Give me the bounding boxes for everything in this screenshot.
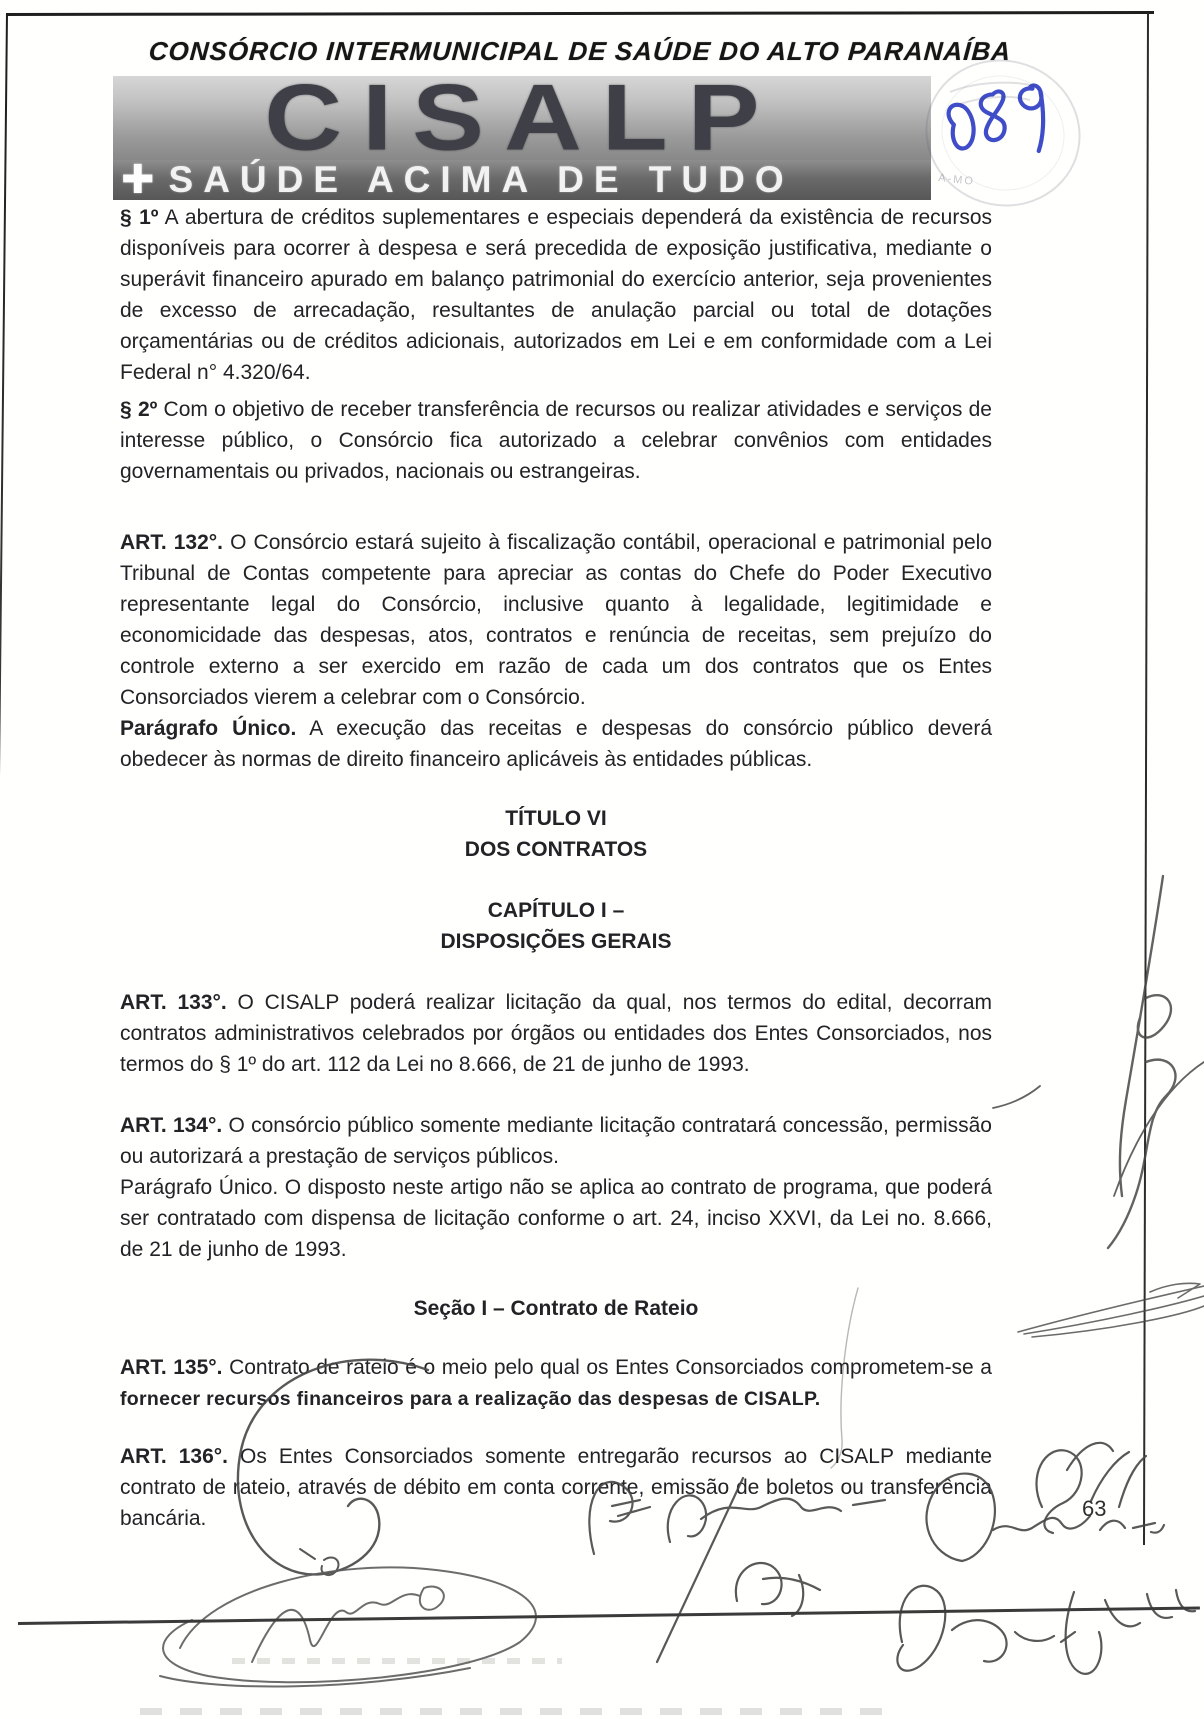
faint-pen-curve [831,1288,858,1468]
scanned-document-page: CONSÓRCIO INTERMUNICIPAL DE SAÚDE DO ALT… [0,0,1204,1719]
bleed-through-marks-lower [140,1708,884,1715]
signatures-overlay [0,0,1204,1719]
signature-center-cluster [589,1478,885,1662]
signature-circle-flourish [238,1360,428,1575]
arrow-flourish [1018,1283,1204,1337]
signature-oliveira [897,1474,1164,1671]
page-number: 63 [1082,1496,1106,1522]
signature-far-right [1066,1590,1195,1674]
signature-oval-left [160,1567,536,1686]
right-margin-flourish [993,876,1204,1248]
bleed-through-marks-upper [232,1658,562,1664]
